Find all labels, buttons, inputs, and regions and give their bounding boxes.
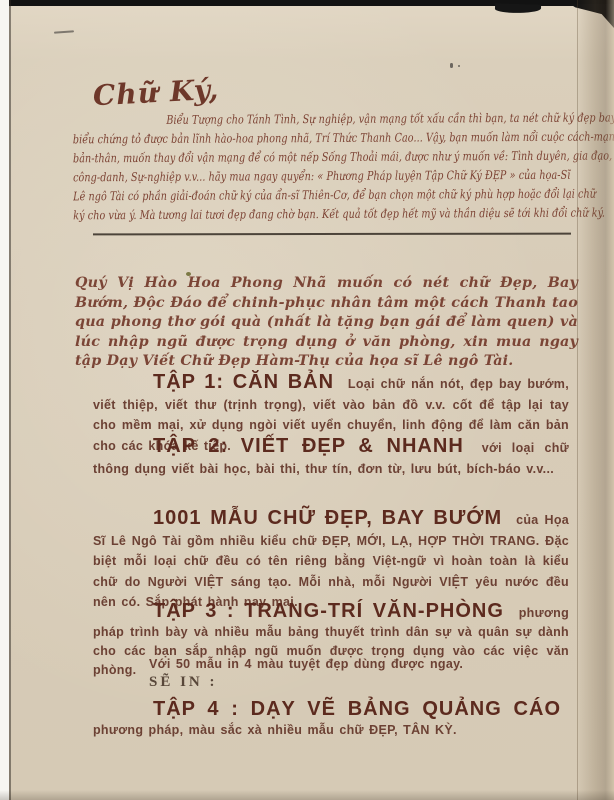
stain-speck xyxy=(186,272,191,276)
divider-rule xyxy=(93,233,571,236)
handwriting-line: công-danh, Sự-nghiệp v.v... hãy mua ngay… xyxy=(73,166,483,187)
paper-crease-line xyxy=(577,0,578,800)
section-1001-mau: 1001 MẪU CHỮ ĐẸP, BAY BƯỚM của Họa Sĩ Lê… xyxy=(93,508,569,613)
handwriting-line: bản-thân, muốn thay đổi vận mạng để có m… xyxy=(73,147,483,168)
scanner-bed-strip xyxy=(0,0,9,800)
section-tap4: TẬP 4 : DẠY VẼ BẢNG QUẢNG CÁO phương phá… xyxy=(93,700,569,740)
section-tap4-body: phương pháp, màu sắc xà nhiều mẫu chữ ĐẸ… xyxy=(93,723,457,737)
intro-script-paragraph: Quý Vị Hào Hoa Phong Nhã muốn có nét chữ… xyxy=(75,274,578,372)
paper-fold-shadow xyxy=(576,0,614,800)
handwritten-paragraph: Biểu Tượng cho Tánh Tình, Sự nghiệp, vận… xyxy=(73,109,586,226)
section-1001-mau-title: 1001 MẪU CHỮ ĐẸP, BAY BƯỚM xyxy=(153,507,502,529)
handwriting-line: Biểu Tượng cho Tánh Tình, Sự nghiệp, vận… xyxy=(73,109,483,130)
ink-speck xyxy=(458,65,460,67)
signature-heading-handwritten: Chữ Ký, xyxy=(92,75,220,112)
handwriting-line: biểu chứng tỏ được bản lĩnh hào-hoa phon… xyxy=(73,128,483,149)
handwriting-line: ký cho vừa ý. Mà tương lai tươi đẹp đang… xyxy=(73,204,483,225)
section-tap3-note: Với 50 mẫu in 4 màu tuyệt đẹp dùng được … xyxy=(149,657,463,671)
scanned-page: Chữ Ký, Biểu Tượng cho Tánh Tình, Sự ngh… xyxy=(0,0,614,800)
paper-left-edge-line xyxy=(9,0,11,800)
paper-bottom-shadow xyxy=(0,790,614,800)
pencil-dash-mark xyxy=(54,30,74,33)
handwriting-line: Lê ngô Tài có phần giải-đoán chữ ký của … xyxy=(73,185,483,206)
section-tap2: TẬP 2: VIẾT ĐẸP & NHANH với loại chữ thô… xyxy=(93,436,569,479)
section-tap2-title: TẬP 2: VIẾT ĐẸP & NHANH xyxy=(153,435,464,457)
paper: Chữ Ký, Biểu Tượng cho Tánh Tình, Sự ngh… xyxy=(9,6,614,800)
ink-speck xyxy=(450,63,453,68)
section-tap1-title: TẬP 1: CĂN BẢN xyxy=(153,371,334,393)
section-tap4-title: TẬP 4 : DẠY VẼ BẢNG QUẢNG CÁO xyxy=(153,698,561,720)
section-tap3-title: TẬP 3 : TRANG-TRÍ VĂN-PHÒNG xyxy=(153,600,504,622)
se-in-label: SẼ IN : xyxy=(149,674,218,691)
